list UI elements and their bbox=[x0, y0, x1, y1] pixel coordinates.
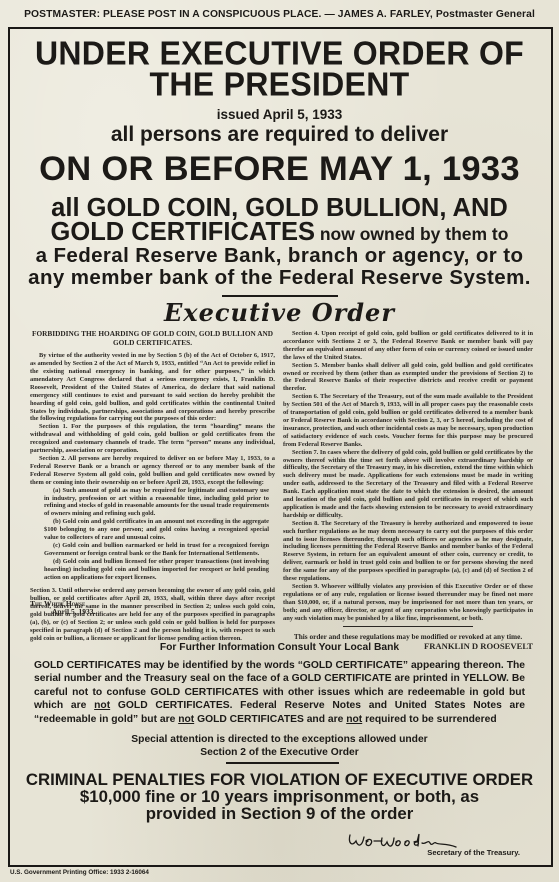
owned-text: now owned by them to bbox=[315, 224, 508, 244]
certs-text-4: required to be surrendered bbox=[362, 714, 496, 725]
modified-note: This order and these regulations may be … bbox=[283, 633, 533, 641]
section-9: Section 9. Whoever willfully violates an… bbox=[283, 583, 533, 623]
section-2b: (b) Gold coin and gold certificates in a… bbox=[44, 518, 269, 542]
section-5: Section 5. Member banks shall deliver al… bbox=[283, 362, 533, 394]
penalty-section: provided in Section 9 of the order bbox=[0, 805, 559, 822]
secretary-title: Secretary of the Treasury. bbox=[380, 848, 520, 857]
section-7: Section 7. In cases where the delivery o… bbox=[283, 449, 533, 520]
section-2: Section 2. All persons are hereby requir… bbox=[30, 455, 275, 487]
special-attention-line1: Special attention is directed to the exc… bbox=[0, 733, 559, 746]
not-emphasis: not bbox=[94, 700, 110, 711]
white-house-block: The White House April 5, 1933. bbox=[30, 600, 170, 616]
white-house-label: The White House bbox=[30, 600, 170, 608]
penalty-heading: CRIMINAL PENALTIES FOR VIOLATION OF EXEC… bbox=[0, 771, 559, 788]
certs-text-3: GOLD CERTIFICATES and are bbox=[194, 714, 346, 725]
section-4: Section 4. Upon receipt of gold coin, go… bbox=[283, 330, 533, 362]
divider-rule bbox=[222, 295, 338, 297]
deliver-line: all persons are required to deliver bbox=[0, 123, 559, 147]
special-attention-line2: Section 2 of the Executive Order bbox=[0, 746, 559, 759]
right-column: Section 4. Upon receipt of gold coin, go… bbox=[283, 330, 533, 651]
column-rule bbox=[343, 626, 473, 627]
preamble: By virtue of the authority vested in me … bbox=[30, 352, 275, 423]
penalty-fine: $10,000 fine or 10 years imprisonment, o… bbox=[0, 788, 559, 805]
consult-bank-line: For Further Information Consult Your Loc… bbox=[0, 642, 559, 653]
section-2d: (d) Gold coin and bullion licensed for o… bbox=[44, 558, 269, 582]
forbidding-heading: FORBIDDING THE HOARDING OF GOLD COIN, GO… bbox=[30, 330, 275, 347]
fed-line1: a Federal Reserve Bank, branch or agency… bbox=[0, 245, 559, 266]
left-column: FORBIDDING THE HOARDING OF GOLD COIN, GO… bbox=[30, 330, 275, 643]
section-1: Section 1. For the purposes of this regu… bbox=[30, 423, 275, 455]
white-house-date: April 5, 1933. bbox=[52, 608, 170, 616]
section-2c: (c) Gold coin and bullion earmarked or h… bbox=[44, 542, 269, 558]
gold-line2: GOLD CERTIFICATES now owned by them to bbox=[0, 220, 559, 247]
headline-line2: THE PRESIDENT bbox=[0, 68, 559, 101]
not-emphasis: not bbox=[178, 714, 194, 725]
printing-office-line: U.S. Government Printing Office: 1933 2-… bbox=[10, 869, 149, 876]
gold-certificates-text: GOLD CERTIFICATES bbox=[51, 218, 315, 246]
not-emphasis: not bbox=[346, 714, 362, 725]
fed-line2: any member bank of the Federal Reserve S… bbox=[0, 267, 559, 288]
issued-date: issued April 5, 1933 bbox=[0, 107, 559, 122]
section-2a: (a) Such amount of gold as may be requir… bbox=[44, 487, 269, 519]
penalty-divider bbox=[226, 762, 339, 764]
gold-certificates-notice: GOLD CERTIFICATES may be identified by t… bbox=[34, 659, 525, 726]
section-6: Section 6. The Secretary of the Treasury… bbox=[283, 393, 533, 448]
postmaster-line: POSTMASTER: PLEASE POST IN A CONSPICUOUS… bbox=[0, 9, 559, 20]
section-8: Section 8. The Secretary of the Treasury… bbox=[283, 520, 533, 583]
executive-order-title: Executive Order bbox=[0, 298, 559, 327]
deadline-line: ON OR BEFORE MAY 1, 1933 bbox=[0, 150, 559, 189]
